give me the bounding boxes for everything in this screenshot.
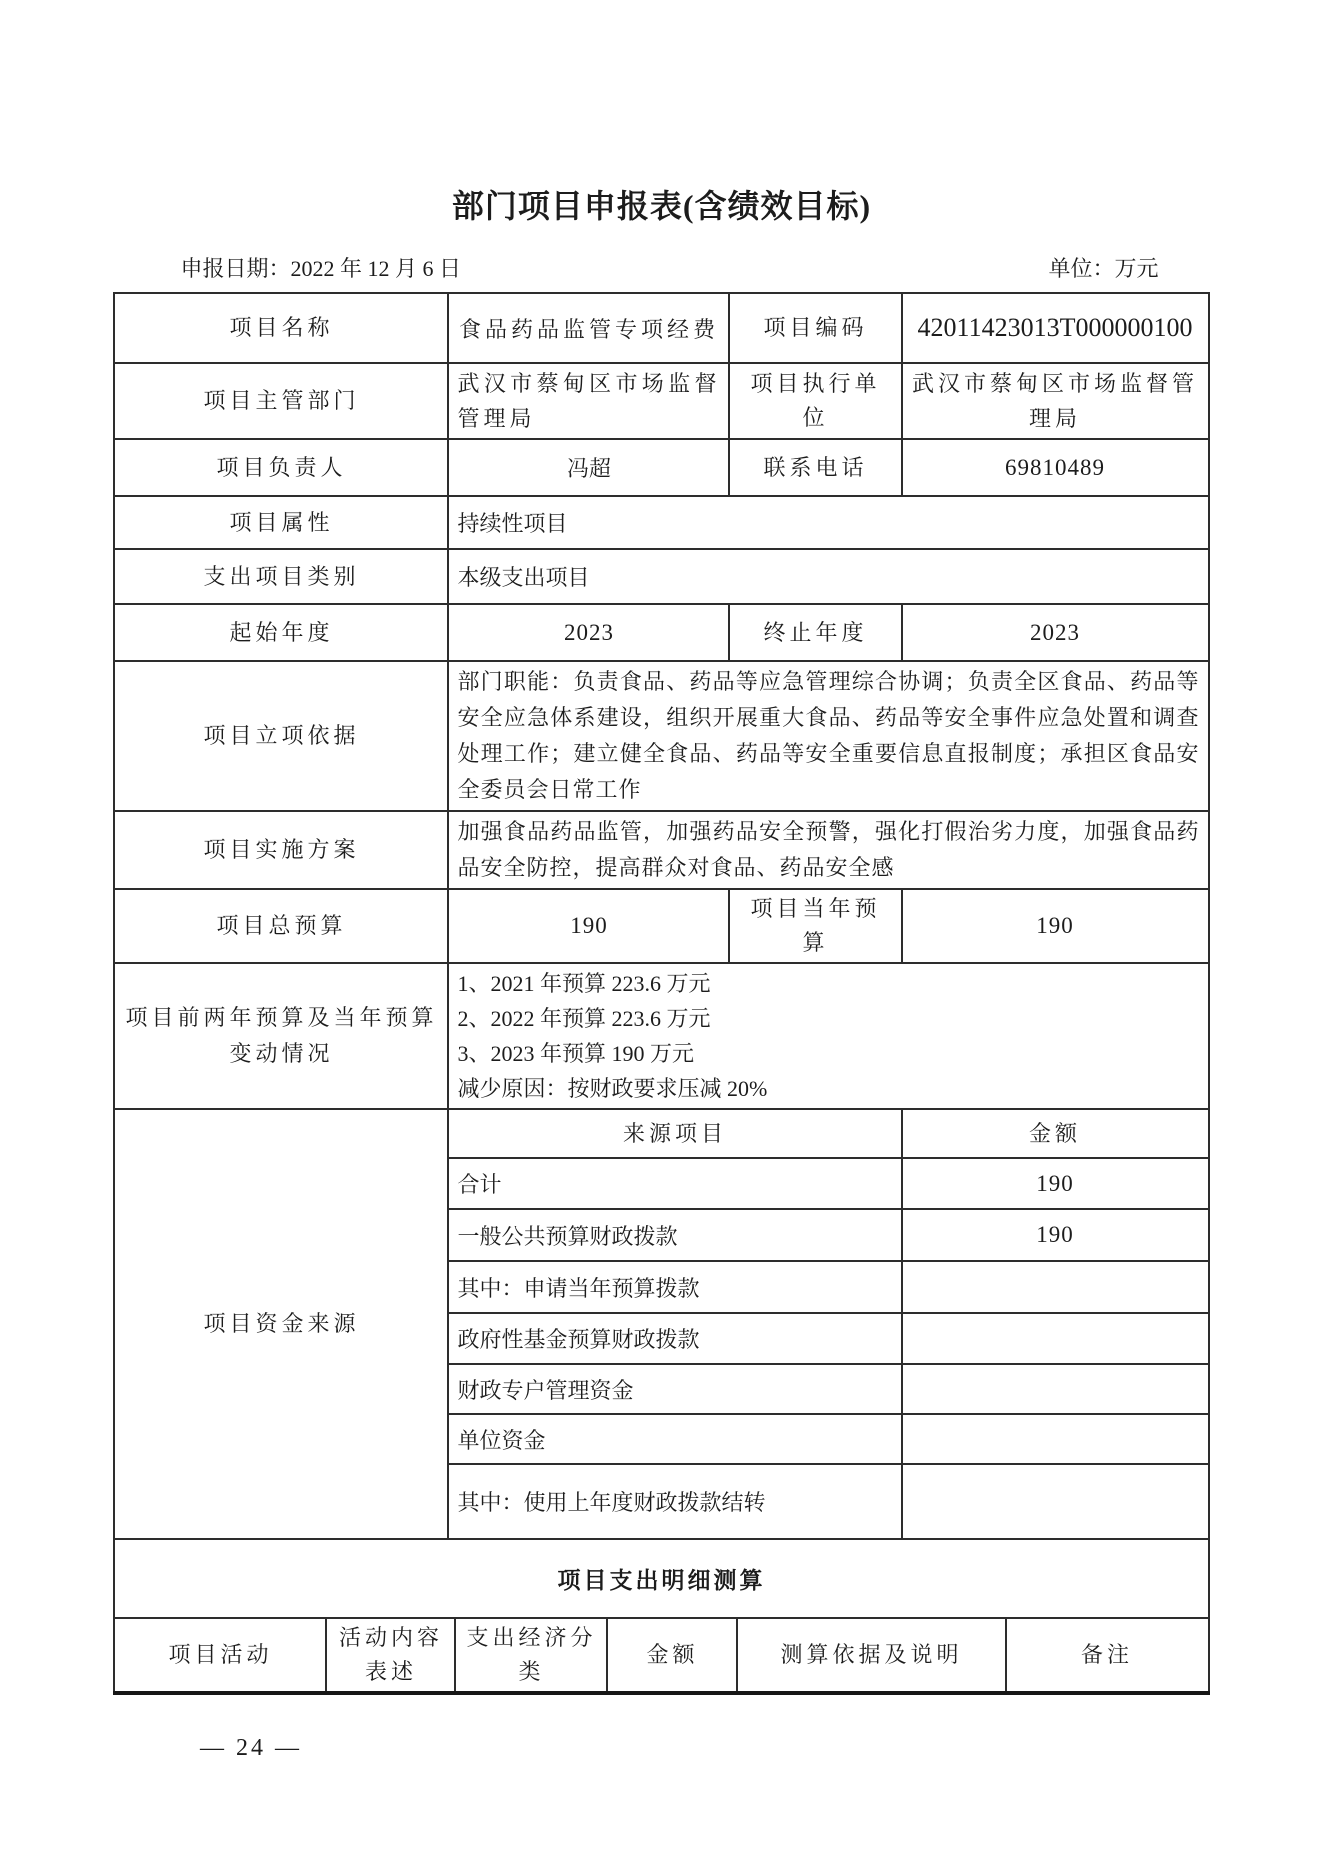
start-year-value: 2023 — [448, 604, 729, 661]
report-date: 申报日期：2022 年 12 月 6 日 — [115, 256, 462, 282]
row-funding-header: 项目资金来源 来源项目 金额 — [114, 1109, 1208, 1158]
project-code-value: 42011423013T000000100 — [902, 293, 1209, 363]
funding-amount: 190 — [902, 1209, 1209, 1261]
end-year-label: 终止年度 — [729, 604, 901, 661]
exec-unit-value: 武汉市蔡甸区市场监督管理局 — [902, 363, 1209, 439]
funding-source: 其中：使用上年度财政拨款结转 — [448, 1464, 901, 1539]
history-label: 项目前两年预算及当年预算变动情况 — [114, 963, 448, 1109]
row-leader-phone: 项目负责人 冯超 联系电话 69810489 — [114, 439, 1208, 496]
funding-amount — [902, 1464, 1209, 1539]
detail-header-amount: 金额 — [607, 1618, 737, 1693]
row-detail-section-title: 项目支出明细测算 — [114, 1539, 1208, 1618]
phone-label: 联系电话 — [729, 439, 901, 496]
basis-value: 部门职能：负责食品、药品等应急管理综合协调；负责全区食品、药品等安全应急体系建设… — [448, 661, 1208, 811]
dept-label: 项目主管部门 — [114, 363, 448, 439]
row-departments: 项目主管部门 武汉市蔡甸区市场监督管理局 项目执行单位 武汉市蔡甸区市场监督管理… — [114, 363, 1208, 439]
history-line-4: 减少原因：按财政要求压减 20% — [457, 1071, 1199, 1106]
row-years: 起始年度 2023 终止年度 2023 — [114, 604, 1208, 661]
history-line-3: 3、2023 年预算 190 万元 — [457, 1036, 1199, 1071]
plan-value: 加强食品药品监管，加强药品安全预警，强化打假治劣力度，加强食品药品安全防控，提高… — [448, 811, 1208, 889]
total-budget-value: 190 — [448, 889, 729, 963]
expense-category-value: 本级支出项目 — [448, 549, 1208, 604]
row-detail-headers: 项目活动 活动内容表述 支出经济分类 金额 测算依据及说明 备注 — [114, 1618, 1208, 1693]
funding-amount — [902, 1313, 1209, 1364]
page-title: 部门项目申报表(含绩效目标) — [0, 0, 1323, 226]
history-line-2: 2、2022 年预算 223.6 万元 — [457, 1001, 1199, 1036]
funding-amount — [902, 1364, 1209, 1414]
project-code-label: 项目编码 — [729, 293, 901, 363]
phone-value: 69810489 — [902, 439, 1209, 496]
total-budget-label: 项目总预算 — [114, 889, 448, 963]
year-budget-value: 190 — [902, 889, 1209, 963]
attribute-value: 持续性项目 — [448, 496, 1208, 549]
funding-source: 合计 — [448, 1158, 901, 1209]
expense-category-label: 支出项目类别 — [114, 549, 448, 604]
detail-header-remarks: 备注 — [1006, 1618, 1209, 1693]
history-value: 1、2021 年预算 223.6 万元 2、2022 年预算 223.6 万元 … — [448, 963, 1208, 1109]
meta-row: 申报日期：2022 年 12 月 6 日 单位：万元 — [115, 256, 1209, 282]
funding-amount: 190 — [902, 1158, 1209, 1209]
leader-value: 冯超 — [448, 439, 729, 496]
document-page: 部门项目申报表(含绩效目标) 申报日期：2022 年 12 月 6 日 单位：万… — [0, 0, 1323, 1871]
row-expense-category: 支出项目类别 本级支出项目 — [114, 549, 1208, 604]
history-line-1: 1、2021 年预算 223.6 万元 — [457, 966, 1199, 1001]
funding-source: 政府性基金预算财政拨款 — [448, 1313, 901, 1364]
funding-source: 一般公共预算财政拨款 — [448, 1209, 901, 1261]
start-year-label: 起始年度 — [114, 604, 448, 661]
page-number: — 24 — — [200, 1735, 1323, 1762]
detail-header-expense-class: 支出经济分类 — [455, 1618, 607, 1693]
funding-amount — [902, 1261, 1209, 1313]
project-name-label: 项目名称 — [114, 293, 448, 363]
plan-label: 项目实施方案 — [114, 811, 448, 889]
leader-label: 项目负责人 — [114, 439, 448, 496]
funding-source: 财政专户管理资金 — [448, 1364, 901, 1414]
funding-source-header: 来源项目 — [448, 1109, 901, 1158]
exec-unit-label: 项目执行单位 — [729, 363, 901, 439]
project-name-value: 食品药品监管专项经费 — [448, 293, 729, 363]
row-budget: 项目总预算 190 项目当年预算 190 — [114, 889, 1208, 963]
funding-label: 项目资金来源 — [114, 1109, 448, 1539]
end-year-value: 2023 — [902, 604, 1209, 661]
basis-label: 项目立项依据 — [114, 661, 448, 811]
detail-header-activity: 项目活动 — [114, 1618, 326, 1693]
funding-source: 单位资金 — [448, 1414, 901, 1464]
row-history: 项目前两年预算及当年预算变动情况 1、2021 年预算 223.6 万元 2、2… — [114, 963, 1208, 1109]
unit-label: 单位：万元 — [1048, 256, 1208, 282]
detail-header-activity-desc: 活动内容表述 — [326, 1618, 455, 1693]
funding-amount — [902, 1414, 1209, 1464]
attribute-label: 项目属性 — [114, 496, 448, 549]
funding-source: 其中：申请当年预算拨款 — [448, 1261, 901, 1313]
detail-section-title: 项目支出明细测算 — [114, 1539, 1208, 1618]
dept-value: 武汉市蔡甸区市场监督管理局 — [448, 363, 729, 439]
funding-amount-header: 金额 — [902, 1109, 1209, 1158]
row-attribute: 项目属性 持续性项目 — [114, 496, 1208, 549]
application-form-table: 项目名称 食品药品监管专项经费 项目编码 42011423013T0000001… — [113, 292, 1209, 1695]
year-budget-label: 项目当年预算 — [729, 889, 901, 963]
row-basis: 项目立项依据 部门职能：负责食品、药品等应急管理综合协调；负责全区食品、药品等安… — [114, 661, 1208, 811]
detail-header-calc-basis: 测算依据及说明 — [737, 1618, 1005, 1693]
row-project-name: 项目名称 食品药品监管专项经费 项目编码 42011423013T0000001… — [114, 293, 1208, 363]
row-plan: 项目实施方案 加强食品药品监管，加强药品安全预警，强化打假治劣力度，加强食品药品… — [114, 811, 1208, 889]
